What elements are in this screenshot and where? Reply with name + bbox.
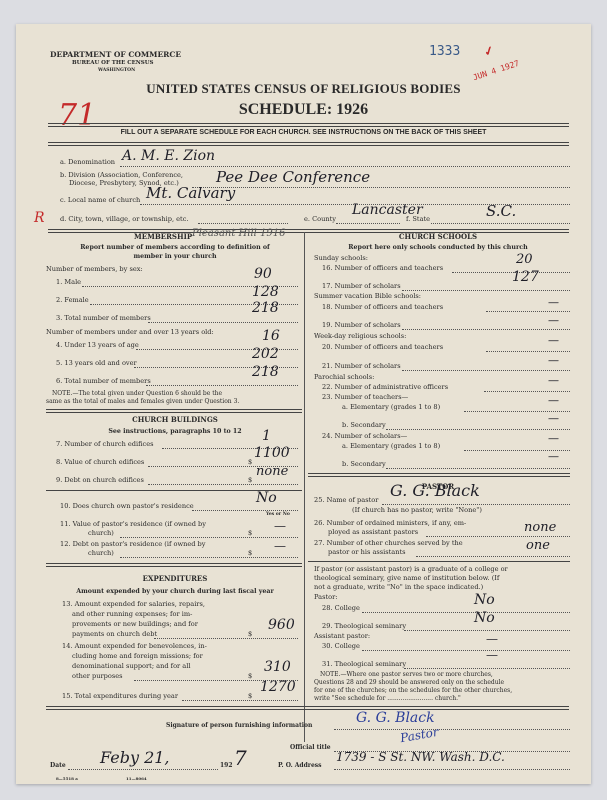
expenditures-subtitle: Amount expended by your church during la…: [46, 588, 304, 595]
membership-title: MEMBERSHIP: [134, 232, 192, 241]
over-13-label: 5. 13 years old and over: [56, 359, 137, 367]
form-number: 8—5518 a: [56, 776, 78, 781]
column-divider: [304, 232, 305, 742]
total-members-value: 218: [252, 300, 279, 316]
handwritten-annotation: Pleasant Hill 1916: [192, 228, 285, 239]
q24a-value: —: [548, 432, 559, 445]
q20-value: —: [548, 334, 559, 347]
benevolences-value: 310: [264, 659, 291, 675]
benevolences-label-3: denominational support; and for all: [72, 662, 190, 670]
section-divider: [46, 409, 302, 413]
dotted-line: [154, 638, 298, 639]
currency-sign: $: [248, 529, 252, 537]
dotted-line: [402, 290, 570, 291]
assistant-ministers-value: none: [524, 520, 556, 535]
schools-subtitle: Report here only schools conducted by th…: [306, 244, 570, 251]
check-mark-icon: ✓: [482, 43, 496, 60]
q24b-value: —: [548, 450, 559, 463]
year-value: 7: [234, 746, 247, 770]
bureau-city: WASHINGTON: [98, 68, 135, 73]
salaries-value: 960: [268, 617, 295, 633]
other-churches-value: one: [526, 538, 550, 553]
form-title: UNITED STATES CENSUS OF RELIGIOUS BODIES: [16, 81, 591, 97]
dotted-line: [334, 729, 570, 730]
dotted-line: [68, 769, 218, 770]
membership-subtitle-2: member in your church: [46, 253, 304, 260]
section-divider: [46, 706, 569, 710]
residence-value-label-1: 11. Value of pastor's residence (if owne…: [60, 520, 206, 528]
schedule-title: SCHEDULE: 1926: [16, 101, 591, 119]
dotted-line: [362, 650, 570, 651]
dotted-line: [386, 429, 570, 430]
dotted-line: [486, 351, 570, 352]
residence-value-label-2: church): [88, 529, 114, 537]
q24-label: 24. Number of scholars—: [322, 432, 407, 440]
signature-value: G. G. Black: [356, 710, 435, 726]
other-churches-label-1: 27. Number of other churches served by t…: [314, 539, 463, 547]
edifices-debt-label: 9. Debt on church edifices: [56, 476, 144, 484]
edifices-value-label: 8. Value of church edifices: [56, 458, 144, 466]
parochial-schools-label: Parochial schools:: [314, 373, 374, 381]
address-value: 1739 - S St. NW. Wash. D.C.: [336, 750, 505, 764]
dotted-line: [386, 468, 570, 469]
pastor-name-value: G. G. Black: [390, 481, 480, 500]
dotted-line: [431, 223, 570, 224]
assistant-ministers-label-1: 26. Number of ordained ministers, if any…: [314, 519, 466, 527]
q21-label: 21. Number of scholars: [322, 362, 401, 370]
female-value: 128: [252, 284, 279, 300]
residence-debt-label-2: church): [88, 549, 114, 557]
dotted-line: [484, 391, 570, 392]
q22-label: 22. Number of administrative officers: [322, 383, 448, 391]
owns-residence-label: 10. Does church own pastor's residence: [60, 502, 194, 510]
edifices-debt-value: none: [256, 464, 288, 479]
membership-note-1: NOTE.—The total given under Question 6 s…: [52, 390, 222, 397]
county-label: e. County: [304, 215, 336, 223]
dotted-line: [416, 556, 570, 557]
male-label: 1. Male: [56, 278, 81, 286]
currency-sign: $: [248, 476, 252, 484]
q21-value: —: [548, 354, 559, 367]
owns-residence-value: No: [256, 490, 277, 506]
currency-sign: $: [248, 630, 252, 638]
print-code: 11—8064: [126, 776, 147, 781]
bureau-name: BUREAU OF THE CENSUS: [72, 60, 154, 66]
dotted-line: [486, 311, 570, 312]
currency-sign: $: [248, 458, 252, 466]
section-divider: [46, 563, 302, 567]
dotted-line: [120, 557, 298, 558]
q23b-value: —: [548, 412, 559, 425]
header-divider: [48, 123, 569, 127]
q28-label: 28. College: [322, 604, 360, 612]
pastor-name-hint: (If church has no pastor, write "None"): [352, 506, 482, 514]
official-title-label: Official title: [290, 744, 331, 751]
serial-number: 1333: [429, 44, 460, 59]
dotted-line: [404, 668, 570, 669]
members-by-age-label: Number of members under and over 13 year…: [46, 328, 214, 336]
q23b-label: b. Secondary: [342, 421, 386, 429]
currency-sign: $: [248, 692, 252, 700]
total-expenditures-label: 15. Total expenditures during year: [62, 692, 178, 700]
state-label: f. State: [406, 215, 430, 223]
dotted-line: [198, 223, 288, 224]
male-value: 90: [254, 266, 272, 282]
q23a-value: —: [548, 394, 559, 407]
q29-label: 29. Theological seminary: [322, 622, 406, 630]
other-churches-label-2: pastor or his assistants: [328, 548, 406, 556]
dotted-line: [452, 272, 570, 273]
church-name-label: c. Local name of church: [60, 196, 140, 204]
department-name: DEPARTMENT OF COMMERCE: [50, 50, 181, 59]
q24a-label: a. Elementary (grades 1 to 8): [342, 442, 440, 450]
q22-value: —: [548, 374, 559, 387]
address-label: P. O. Address: [278, 762, 322, 769]
header-divider: [48, 142, 569, 146]
residence-debt-label-1: 12. Debt on pastor's residence (if owned…: [60, 540, 206, 548]
dotted-line: [402, 370, 570, 371]
residence-value: —: [274, 519, 286, 533]
membership-subtitle-1: Report number of members according to de…: [46, 244, 304, 251]
dotted-line: [362, 612, 570, 613]
q18-label: 18. Number of officers and teachers: [322, 303, 443, 311]
total-members-label: 3. Total number of members: [56, 314, 151, 322]
year-prefix: 192: [220, 762, 233, 769]
dotted-line: [334, 769, 570, 770]
residence-debt-value: —: [274, 539, 286, 553]
assistant-ministers-label-2: ployed as assistant pastors: [328, 528, 418, 536]
q28-value: No: [474, 592, 495, 608]
edifices-count-value: 1: [262, 428, 271, 444]
expenditures-title: EXPENDITURES: [46, 574, 304, 583]
dotted-line: [402, 329, 570, 330]
date-label: Date: [50, 762, 66, 769]
sunday-schools-label: Sunday schools:: [314, 254, 368, 262]
edifices-value: 1100: [254, 445, 290, 461]
q19-label: 19. Number of scholars: [322, 321, 401, 329]
schools-title: CHURCH SCHOOLS: [306, 232, 570, 241]
pastor-note-1: NOTE.—Where one pastor serves two or mor…: [320, 671, 493, 678]
salaries-label-2: and other running expenses; for im-: [72, 610, 192, 618]
assistant-pastor-subheading: Assistant pastor:: [314, 632, 370, 640]
benevolences-label-4: other purposes: [72, 672, 123, 680]
q16-value: 20: [516, 252, 533, 267]
benevolences-label-2: cluding home and foreign missions; for: [72, 652, 203, 660]
graduate-note-2: theological seminary, give name of insti…: [314, 574, 499, 582]
pastor-note-3: for one of the churches; on the schedule…: [314, 687, 512, 694]
pastor-subheading: Pastor:: [314, 593, 337, 601]
dotted-line: [404, 630, 570, 631]
summer-schools-label: Summer vacation Bible schools:: [314, 292, 421, 300]
pastor-note-4: write "See schedule for ................…: [314, 695, 461, 702]
date-value: Feby 21,: [100, 748, 170, 767]
dotted-line: [336, 223, 400, 224]
pastor-note-2: Questions 28 and 29 should be answered o…: [314, 679, 504, 686]
dotted-line: [426, 536, 570, 537]
q31-value: —: [486, 648, 498, 662]
benevolences-label-1: 14. Amount expended for benevolences, in…: [62, 642, 207, 650]
q17-label: 17. Number of scholars: [322, 282, 401, 290]
dotted-line: [182, 700, 298, 701]
dotted-line: [192, 510, 298, 511]
city-label: d. City, town, village, or township, etc…: [60, 215, 188, 223]
q20-label: 20. Number of officers and teachers: [322, 343, 443, 351]
denomination-value: A. M. E. Zion: [122, 148, 215, 164]
yes-no-hint: Yes or No: [266, 512, 290, 517]
church-name-value: Mt. Calvary: [146, 184, 235, 202]
q17-value: 127: [512, 269, 539, 285]
official-title-value: Pastor: [399, 725, 439, 745]
census-schedule-sheet: DEPARTMENT OF COMMERCE BUREAU OF THE CEN…: [16, 24, 591, 784]
received-date-stamp: JUN 4 1927: [472, 59, 521, 82]
total-by-age-value: 218: [252, 364, 279, 380]
under-13-label: 4. Under 13 years of age: [56, 341, 139, 349]
under-13-value: 16: [262, 328, 280, 344]
division-label-1: b. Division (Association, Conference,: [60, 171, 183, 179]
state-value: S.C.: [486, 202, 516, 220]
buildings-title: CHURCH BUILDINGS: [46, 415, 304, 424]
total-by-age-label: 6. Total number of members: [56, 377, 151, 385]
fill-instruction: FILL OUT A SEPARATE SCHEDULE FOR EACH CH…: [16, 129, 591, 136]
over-13-value: 202: [252, 346, 279, 362]
q31-label: 31. Theological seminary: [322, 660, 406, 668]
salaries-label-3: provements or new buildings; and for: [72, 620, 198, 628]
currency-sign: $: [248, 672, 252, 680]
currency-sign: $: [248, 549, 252, 557]
dotted-line: [192, 187, 570, 188]
q23-label: 23. Number of teachers—: [322, 393, 408, 401]
graduate-note-3: not a graduate, write "No" in the space …: [314, 583, 483, 591]
dotted-line: [148, 322, 298, 323]
q29-value: No: [474, 610, 495, 626]
q19-value: —: [548, 314, 559, 327]
q30-label: 30. College: [322, 642, 360, 650]
q24b-label: b. Secondary: [342, 460, 386, 468]
members-by-sex-label: Number of members, by sex:: [46, 265, 143, 273]
dotted-line: [146, 385, 298, 386]
edifices-count-label: 7. Number of church edifices: [56, 440, 154, 448]
q18-value: —: [548, 296, 559, 309]
dotted-line: [382, 504, 570, 505]
weekday-schools-label: Week-day religious schools:: [314, 332, 406, 340]
salaries-label-1: 13. Amount expended for salaries, repair…: [62, 600, 205, 608]
margin-mark: R: [34, 210, 45, 226]
section-divider: [308, 561, 570, 562]
q30-value: —: [486, 632, 498, 646]
denomination-label: a. Denomination: [60, 158, 115, 166]
dotted-line: [120, 537, 298, 538]
division-value: Pee Dee Conference: [216, 168, 370, 186]
q16-label: 16. Number of officers and teachers: [322, 264, 443, 272]
q23a-label: a. Elementary (grades 1 to 8): [342, 403, 440, 411]
salaries-label-4: payments on church debt: [72, 630, 157, 638]
pastor-name-label: 25. Name of pastor: [314, 496, 378, 504]
section-divider: [308, 473, 570, 477]
signature-label: Signature of person furnishing informati…: [166, 722, 312, 729]
membership-note-2: same as the total of males and females g…: [46, 398, 239, 405]
dotted-line: [120, 166, 570, 167]
female-label: 2. Female: [56, 296, 89, 304]
total-expenditures-value: 1270: [260, 679, 296, 695]
graduate-note-1: If pastor (or assistant pastor) is a gra…: [314, 565, 508, 573]
dotted-line: [148, 484, 298, 485]
